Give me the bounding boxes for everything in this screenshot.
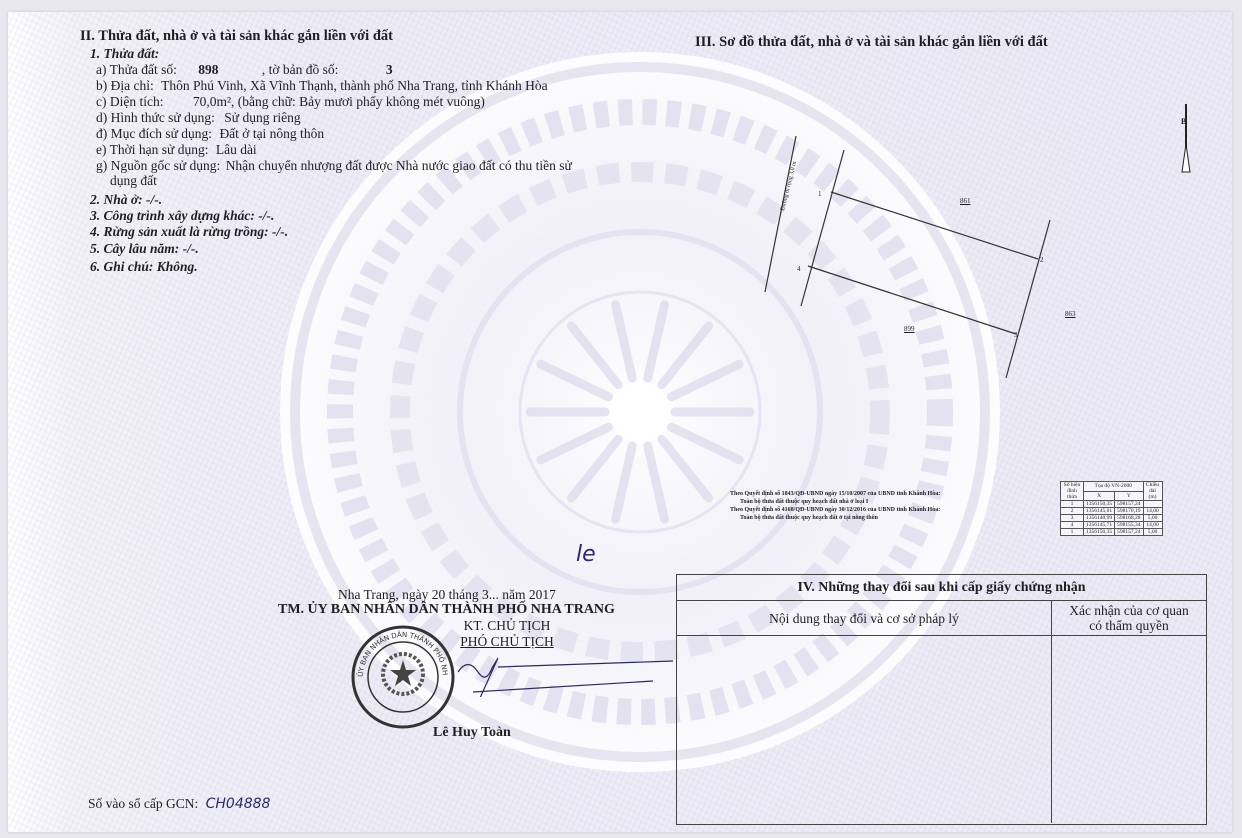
map-sheet-label: , tờ bản đồ số: [262, 62, 339, 77]
area-row: c) Diện tích: 70,0m², (bằng chữ: Bảy mươ… [96, 94, 485, 110]
vertex-cell: 2 [1061, 508, 1084, 515]
certificate-page: II. Thửa đất, nhà ở và tài sản khác gắn … [8, 12, 1232, 832]
handwritten-mark: le [576, 542, 596, 567]
north-label: B [1181, 117, 1186, 126]
coordinate-table: Số hiệu đỉnh thửa Tọa độ VN-2000 Chiều d… [1060, 481, 1163, 536]
y-cell: 598168,28 [1115, 515, 1143, 522]
registry-number: CH04888 [206, 796, 271, 812]
signer-name: Lê Huy Toàn [433, 725, 511, 741]
address-label: b) Địa chỉ: [96, 78, 154, 93]
x-cell: 1356150,35 [1084, 501, 1115, 508]
registry-row: Số vào sổ cấp GCN: CH04888 [88, 796, 270, 812]
north-arrow-icon [1180, 104, 1192, 174]
neighbor-parcel-861: 861 [960, 197, 971, 205]
x-cell: 1356140,99 [1084, 515, 1115, 522]
vertex-cell: 4 [1061, 522, 1084, 529]
length-cell: 14,00 [1143, 508, 1162, 515]
section-ii-title: II. Thửa đất, nhà ở và tài sản khác gắn … [80, 28, 393, 45]
col-change-content: Nội dung thay đổi và cơ sở pháp lý [677, 601, 1051, 636]
x-cell: 1356145,01 [1084, 508, 1115, 515]
col-length: Chiều dài (m) [1143, 482, 1162, 501]
coordinate-row: 21356145,01598170,1914,00 [1061, 508, 1163, 515]
col-authority-line-2: có thẩm quyền [1069, 618, 1189, 633]
purpose-label: đ) Mục đích sử dụng: [96, 126, 212, 141]
vertex-cell: 1 [1061, 501, 1084, 508]
other-construction-line: 3. Công trình xây dựng khác: -/-. [90, 208, 274, 224]
role-line-1: KT. CHỦ TỊCH [442, 618, 572, 634]
x-cell: 1356145,71 [1084, 522, 1115, 529]
origin-value: Nhận chuyển nhượng đất được Nhà nước gia… [226, 158, 572, 173]
parcel-number-row: a) Thửa đất số: 898 , tờ bản đồ số: 3 [96, 62, 393, 78]
section-iii-title: III. Sơ đồ thửa đất, nhà ở và tài sản kh… [695, 34, 1048, 51]
vertex-cell: 1 [1061, 529, 1084, 536]
usage-form-value: Sử dụng riêng [224, 110, 300, 125]
usage-form-label: d) Hình thức sử dụng: [96, 110, 215, 125]
vertex-3: 3 [1014, 331, 1018, 339]
length-cell: 14,00 [1143, 522, 1162, 529]
planning-note-1: Theo Quyết định số 1843/QĐ-UBND ngày 15/… [730, 490, 940, 498]
y-cell: 598170,19 [1115, 508, 1143, 515]
col-x: X [1084, 491, 1115, 501]
col-authority-line-1: Xác nhận của cơ quan [1069, 603, 1189, 618]
col-y: Y [1115, 491, 1143, 501]
production-forest-line: 4. Rừng sản xuất là rừng trồng: -/-. [90, 224, 288, 240]
registry-label: Số vào sổ cấp GCN: [88, 796, 198, 811]
term-value: Lâu dài [216, 142, 257, 157]
term-row: e) Thời hạn sử dụng: Lâu dài [96, 142, 257, 158]
length-cell: 5,00 [1143, 515, 1162, 522]
note-line: 6. Ghi chú: Không. [90, 259, 198, 275]
vertex-4: 4 [797, 265, 801, 273]
map-sheet-number: 3 [386, 62, 393, 77]
vertex-2: 2 [1040, 256, 1044, 264]
planning-note-4: Toàn bộ thửa đất thuộc quy hoạch đất ở t… [740, 514, 878, 522]
authority-confirmation-cell [1052, 636, 1206, 823]
length-cell [1143, 501, 1162, 508]
land-heading: 1. Thửa đất: [90, 46, 159, 62]
term-label: e) Thời hạn sử dụng: [96, 142, 208, 157]
y-cell: 598155,34 [1115, 522, 1143, 529]
y-cell: 598157,24 [1115, 529, 1143, 536]
address-row: b) Địa chỉ: Thôn Phú Vinh, Xã Vĩnh Thạnh… [96, 78, 548, 94]
origin-row: g) Nguồn gốc sử dụng: Nhận chuyển nhượng… [96, 158, 572, 174]
col-coords: Tọa độ VN-2000 [1084, 482, 1144, 492]
col-authority-confirmation: Xác nhận của cơ quan có thẩm quyền [1052, 601, 1206, 636]
planning-note-2: Toàn bộ thửa đất thuộc quy hoạch đất nhà… [740, 498, 868, 506]
area-value: 70,0m², (bằng chữ: Bảy mươi phẩy không m… [193, 94, 485, 109]
vertex-1: 1 [818, 190, 822, 198]
coordinate-row: 11356150,35598157,24 [1061, 501, 1163, 508]
neighbor-parcel-863: 863 [1065, 310, 1076, 318]
section-iv-title: IV. Những thay đổi sau khi cấp giấy chứn… [677, 575, 1206, 601]
address-value: Thôn Phú Vinh, Xã Vĩnh Thạnh, thành phố … [161, 78, 548, 93]
change-content-cell [677, 636, 1051, 823]
perennial-trees-line: 5. Cây lâu năm: -/-. [90, 241, 199, 257]
planning-note-3: Theo Quyết định số 4168/QĐ-UBND ngày 30/… [730, 506, 940, 514]
vertex-cell: 3 [1061, 515, 1084, 522]
coordinate-row: 31356140,99598168,285,00 [1061, 515, 1163, 522]
origin-label: g) Nguồn gốc sử dụng: [96, 158, 220, 173]
length-cell: 5,00 [1143, 529, 1162, 536]
changes-table: IV. Những thay đổi sau khi cấp giấy chứn… [676, 574, 1207, 825]
parcel-number-label: a) Thửa đất số: [96, 62, 177, 77]
area-label: c) Diện tích: [96, 94, 163, 109]
house-line: 2. Nhà ở: -/-. [90, 192, 162, 208]
svg-text:ỦY BAN NHÂN DÂN THÀNH PHỐ NHA: ỦY BAN NHÂN DÂN THÀNH PHỐ NHA TRANG [348, 622, 449, 677]
usage-form-row: d) Hình thức sử dụng: Sử dụng riêng [96, 110, 301, 126]
coordinate-row: 11356150,35598157,245,00 [1061, 529, 1163, 536]
signature-scribble [453, 647, 673, 697]
parcel-number: 898 [198, 62, 218, 77]
coordinate-row: 41356145,71598155,3414,00 [1061, 522, 1163, 529]
official-stamp: ỦY BAN NHÂN DÂN THÀNH PHỐ NHA TRANG [348, 622, 458, 732]
col-vertex: Số hiệu đỉnh thửa [1061, 482, 1084, 501]
purpose-value: Đất ở tại nông thôn [219, 126, 324, 141]
origin-value-cont: dụng đất [110, 173, 157, 189]
y-cell: 598157,24 [1115, 501, 1143, 508]
authority-name: TM. ỦY BAN NHÂN DÂN THÀNH PHỐ NHA TRANG [278, 602, 615, 618]
neighbor-parcel-899: 899 [904, 325, 915, 333]
purpose-row: đ) Mục đích sử dụng: Đất ở tại nông thôn [96, 126, 324, 142]
x-cell: 1356150,35 [1084, 529, 1115, 536]
date-line: Nha Trang, ngày 20 tháng 3... năm 2017 [338, 587, 556, 603]
